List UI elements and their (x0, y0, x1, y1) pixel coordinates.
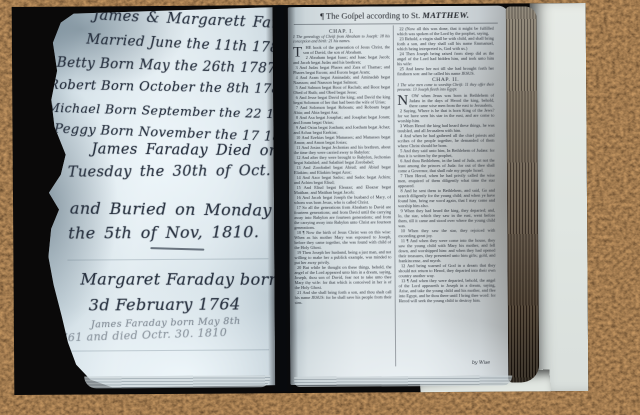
verse: 16 And Jacob begat Joseph the husband of… (294, 194, 391, 205)
verse: 17 So all the generations from Abraham t… (294, 204, 391, 230)
verse: 24 Then Joseph being raised from sleep d… (397, 51, 494, 67)
verse: 18 ¶ Now the birth of Jesus Christ was o… (294, 229, 391, 250)
verse: 6 And thou Bethlehem, in the land of Jud… (398, 158, 495, 174)
verse: 21 And she shall bring forth a son, and … (295, 289, 392, 305)
verse: 11 ¶ And when they were come into the ho… (398, 238, 495, 264)
verse: 19 Then Joseph her husband, being a just… (294, 249, 391, 265)
verse: 11 And Josias begat Jechonias and his br… (294, 144, 391, 155)
verse: 10 And Ezekias begat Manasses; and Manas… (294, 134, 391, 145)
verse: 3 When Herod the king had heard these th… (397, 123, 494, 134)
column-divider (393, 25, 396, 366)
photograph-print: James & Margarett Faraday Married June t… (12, 3, 589, 395)
chapter-2-verses: OW when Jesus was born in Bethlehem of J… (397, 93, 495, 304)
verse: 13 And Zorobabel begat Abiud; and Abiud … (294, 164, 391, 175)
verse: 14 And Azor begat Sadoc; and Sadoc begat… (294, 174, 391, 185)
verse: 3 And Judas begat Phares and Zara of Tha… (293, 64, 390, 75)
right-page-gospel-matthew: ¶ The Goſpel according to St. MATTHEW. C… (288, 6, 513, 386)
verse: 15 And Eliud begat Eleazar; and Eleazar … (294, 184, 391, 195)
running-title-matthew: MATTHEW. (422, 10, 469, 20)
page-stack-bottom-right (294, 376, 512, 388)
handwritten-line-buried-1: and Buried on Monday (70, 199, 272, 220)
verse: 9 When they had heard the king, they dep… (398, 208, 495, 229)
handwritten-line-james-died-2: Tuesday the 30th of Oct. (68, 163, 271, 180)
handwritten-line-michael-birth: Michael Born September the 22 1791 (47, 100, 300, 122)
verse: 4 And when he had gathered all the chief… (398, 133, 495, 149)
ink-flourish (150, 247, 204, 251)
verse: 8 And Asa begat Josaphat; and Josaphat b… (293, 114, 390, 125)
drop-cap-N: N (397, 93, 409, 106)
running-title: ¶ The Goſpel according to St. MATTHEW. (288, 10, 502, 21)
handwritten-line-marriage-date: Married June the 11th 1786 (86, 31, 288, 56)
verse: OW when Jesus was born in Bethlehem of J… (397, 93, 494, 109)
verse: 7 And Solomon begat Roboam; and Roboam b… (293, 104, 390, 115)
left-page-family-register: James & Margarett Faraday Married June t… (40, 5, 276, 390)
running-title-text: ¶ The Goſpel according to St. (320, 10, 420, 21)
verse: 7 Then Herod, when he had privily called… (398, 173, 495, 189)
chapter-2-summary: 1 The wise men come to worship Chriſt: 1… (397, 82, 494, 92)
chapter-1-verses-left: HE book of the generation of Jesus Chris… (293, 44, 392, 305)
faraday-family-bible: James & Margarett Faraday Married June t… (40, 3, 543, 395)
verse: 5 And Salmon begat Booz of Rachab; and B… (293, 84, 390, 95)
handwritten-line-margaret-born-1: Margaret Faraday born (80, 270, 279, 289)
text-column-left: CHAP. I. 1 The genealogy of Chriſt from … (293, 26, 392, 365)
text-column-right: 22 (Now all this was done, that it might… (397, 26, 496, 365)
verse: 22 (Now all this was done, that it might… (397, 26, 494, 37)
verse: 4 And Aram begat Aminadab; and Aminadab … (293, 74, 390, 85)
verse: 12 And after they were brought to Babylo… (294, 154, 391, 165)
handwritten-line-james-died-1: James Faraday Died on (91, 141, 278, 159)
page-edges-fore-edge (506, 6, 540, 382)
verse: 6 And Jesse begat David the king; and Da… (293, 94, 390, 105)
handwritten-line-betty-birth: Betty Born May the 26th 1787 (57, 55, 277, 77)
book-gutter-shadow (266, 3, 299, 391)
chapter-1-summary: 1 The genealogy of Chriſt from Abraham t… (293, 34, 390, 44)
chapter-1-verses-right: 22 (Now all this was done, that it might… (397, 26, 494, 77)
verse: 25 And knew her not till she had brought… (397, 66, 494, 77)
verse: 10 When they saw the star, they rejoiced… (398, 228, 495, 239)
ruled-line (68, 349, 269, 351)
header-divider (294, 23, 498, 25)
verse: 5 And they said unto him, In Bethlehem o… (398, 148, 495, 159)
handwritten-line-margaret-born-2: 3d February 1764 (89, 294, 241, 314)
verse: 20 But while he thought on these things,… (294, 264, 391, 290)
handwritten-line-robert-birth: Robert Born October the 8th 1788 (49, 78, 289, 98)
handwritten-line-buried-2: the 5th of Nov, 1810. (68, 222, 259, 242)
verse: 12 And being warned of God in a dream th… (398, 263, 495, 279)
verse: HE book of the generation of Jesus Chris… (293, 44, 390, 55)
page-stack-bottom-left (84, 375, 270, 388)
catchword: by Wise (472, 361, 490, 366)
verse: 2 Abraham begat Isaac; and Isaac begat J… (293, 54, 390, 65)
verse: 13 ¶ And when they were departed, behold… (399, 278, 496, 304)
ruled-line (67, 258, 268, 260)
verse: 9 And Ozias begat Joatham; and Joatham b… (293, 124, 390, 135)
verse: 2 Saying, Where is he that is born King … (397, 108, 494, 124)
verse: 23 Behold, a virgin shall be with child,… (397, 36, 494, 52)
handwritten-line-james-born-faint-2: 1761 and died Octr. 30. 1810 (53, 326, 227, 345)
photo-scene: James & Margarett Faraday Married June t… (0, 0, 640, 415)
verse: 8 And he sent them to Bethlehem, and sai… (398, 188, 495, 209)
